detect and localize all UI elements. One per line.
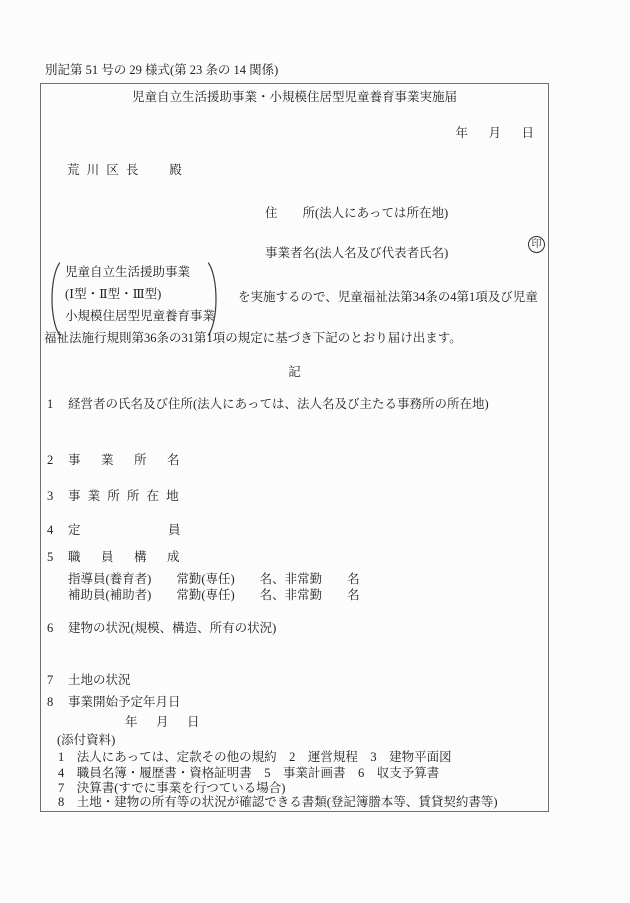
item-number: 4 (47, 523, 68, 538)
item-row-3: 3 事 業 所 所 在 地 (47, 489, 181, 504)
header-date-line: 年 月 日 (455, 126, 538, 141)
addressee-line: 荒 川 区 長 殿 (67, 163, 184, 178)
seal-character: 印 (532, 240, 542, 250)
business-type-bracket: 児童自立生活援助事業 (Ⅰ型・Ⅱ型・Ⅲ型) 小規模住居型児童養育事業 (44, 260, 224, 338)
item-row-2: 2 事 業 所 名 (47, 453, 184, 468)
operator-label: 事業者名(法人名及び代表者氏名) (265, 246, 448, 261)
item-label: 事業開始予定年月日 (68, 695, 181, 710)
business-type-lines: 児童自立生活援助事業 (Ⅰ型・Ⅱ型・Ⅲ型) 小規模住居型児童養育事業 (65, 261, 215, 327)
attachment-row-4: 8 土地・建物の所有等の状況が確認できる書類(登記簿謄本等、賃貸契約書等) (58, 795, 498, 810)
business-type-1: 児童自立生活援助事業 (65, 261, 215, 283)
attachment-row-3: 7 決算書(すでに事業を行つている場合) (58, 781, 285, 796)
item-row-7: 7 土地の状況 (47, 673, 131, 688)
attachment-row-1: 1 法人にあっては、定款その他の規約 2 運営規程 3 建物平面図 (58, 750, 452, 765)
item-label: 建物の状況(規模、構造、所有の状況) (68, 621, 276, 636)
item-label: 経営者の氏名及び住所(法人にあっては、法人名及び主たる事務所の所在地) (68, 397, 489, 412)
item-row-1: 1 経営者の氏名及び住所(法人にあっては、法人名及び主たる事務所の所在地) (47, 397, 489, 412)
staff-row-instructor: 指導員(養育者) 常勤(専任) 名、非常勤 名 (68, 572, 360, 587)
item-label: 事 業 所 所 在 地 (68, 489, 181, 504)
start-date-line: 年 月 日 (125, 715, 203, 730)
item-number: 5 (47, 550, 68, 565)
statement-line-1: を実施するので、児童福祉法第34条の4第1項及び児童 (238, 290, 538, 305)
item-row-8: 8 事業開始予定年月日 (47, 695, 181, 710)
form-page: 別記第 51 号の 29 様式(第 23 条の 14 関係) 児童自立生活援助事… (0, 0, 630, 903)
item-row-4: 4 定 員 (47, 523, 181, 538)
item-row-6: 6 建物の状況(規模、構造、所有の状況) (47, 621, 276, 636)
staff-row-assistant: 補助員(補助者) 常勤(専任) 名、非常勤 名 (68, 588, 360, 603)
item-row-5: 5 職 員 構 成 (47, 550, 184, 565)
item-number: 7 (47, 673, 68, 688)
business-type-3: 小規模住居型児童養育事業 (65, 305, 215, 327)
item-label: 事 業 所 名 (68, 453, 184, 468)
left-paren-icon (45, 261, 62, 337)
form-border-box: 児童自立生活援助事業・小規模住居型児童養育事業実施届 年 月 日 荒 川 区 長… (40, 83, 549, 812)
item-label: 職 員 構 成 (68, 550, 184, 565)
record-heading: 記 (41, 365, 548, 380)
item-label: 定 員 (68, 523, 181, 538)
item-number: 6 (47, 621, 68, 636)
item-label: 土地の状況 (68, 673, 131, 688)
item-number: 3 (47, 489, 68, 504)
item-number: 1 (47, 397, 68, 412)
attachment-row-2: 4 職員名簿・履歴書・資格証明書 5 事業計画書 6 収支予算書 (58, 766, 439, 781)
item-number: 2 (47, 453, 68, 468)
form-title: 児童自立生活援助事業・小規模住居型児童養育事業実施届 (41, 90, 548, 105)
statement-line-2: 福祉法施行規則第36条の31第1項の規定に基づき下記のとおり届け出ます。 (44, 331, 462, 346)
item-number: 8 (47, 695, 68, 710)
attachments-heading: (添付資料) (57, 733, 115, 748)
form-code: 別記第 51 号の 29 様式(第 23 条の 14 関係) (45, 63, 278, 78)
seal-icon: 印 (528, 236, 545, 253)
address-label: 住 所(法人にあっては所在地) (265, 206, 448, 221)
right-paren-icon (206, 261, 223, 337)
business-type-2: (Ⅰ型・Ⅱ型・Ⅲ型) (65, 283, 215, 305)
